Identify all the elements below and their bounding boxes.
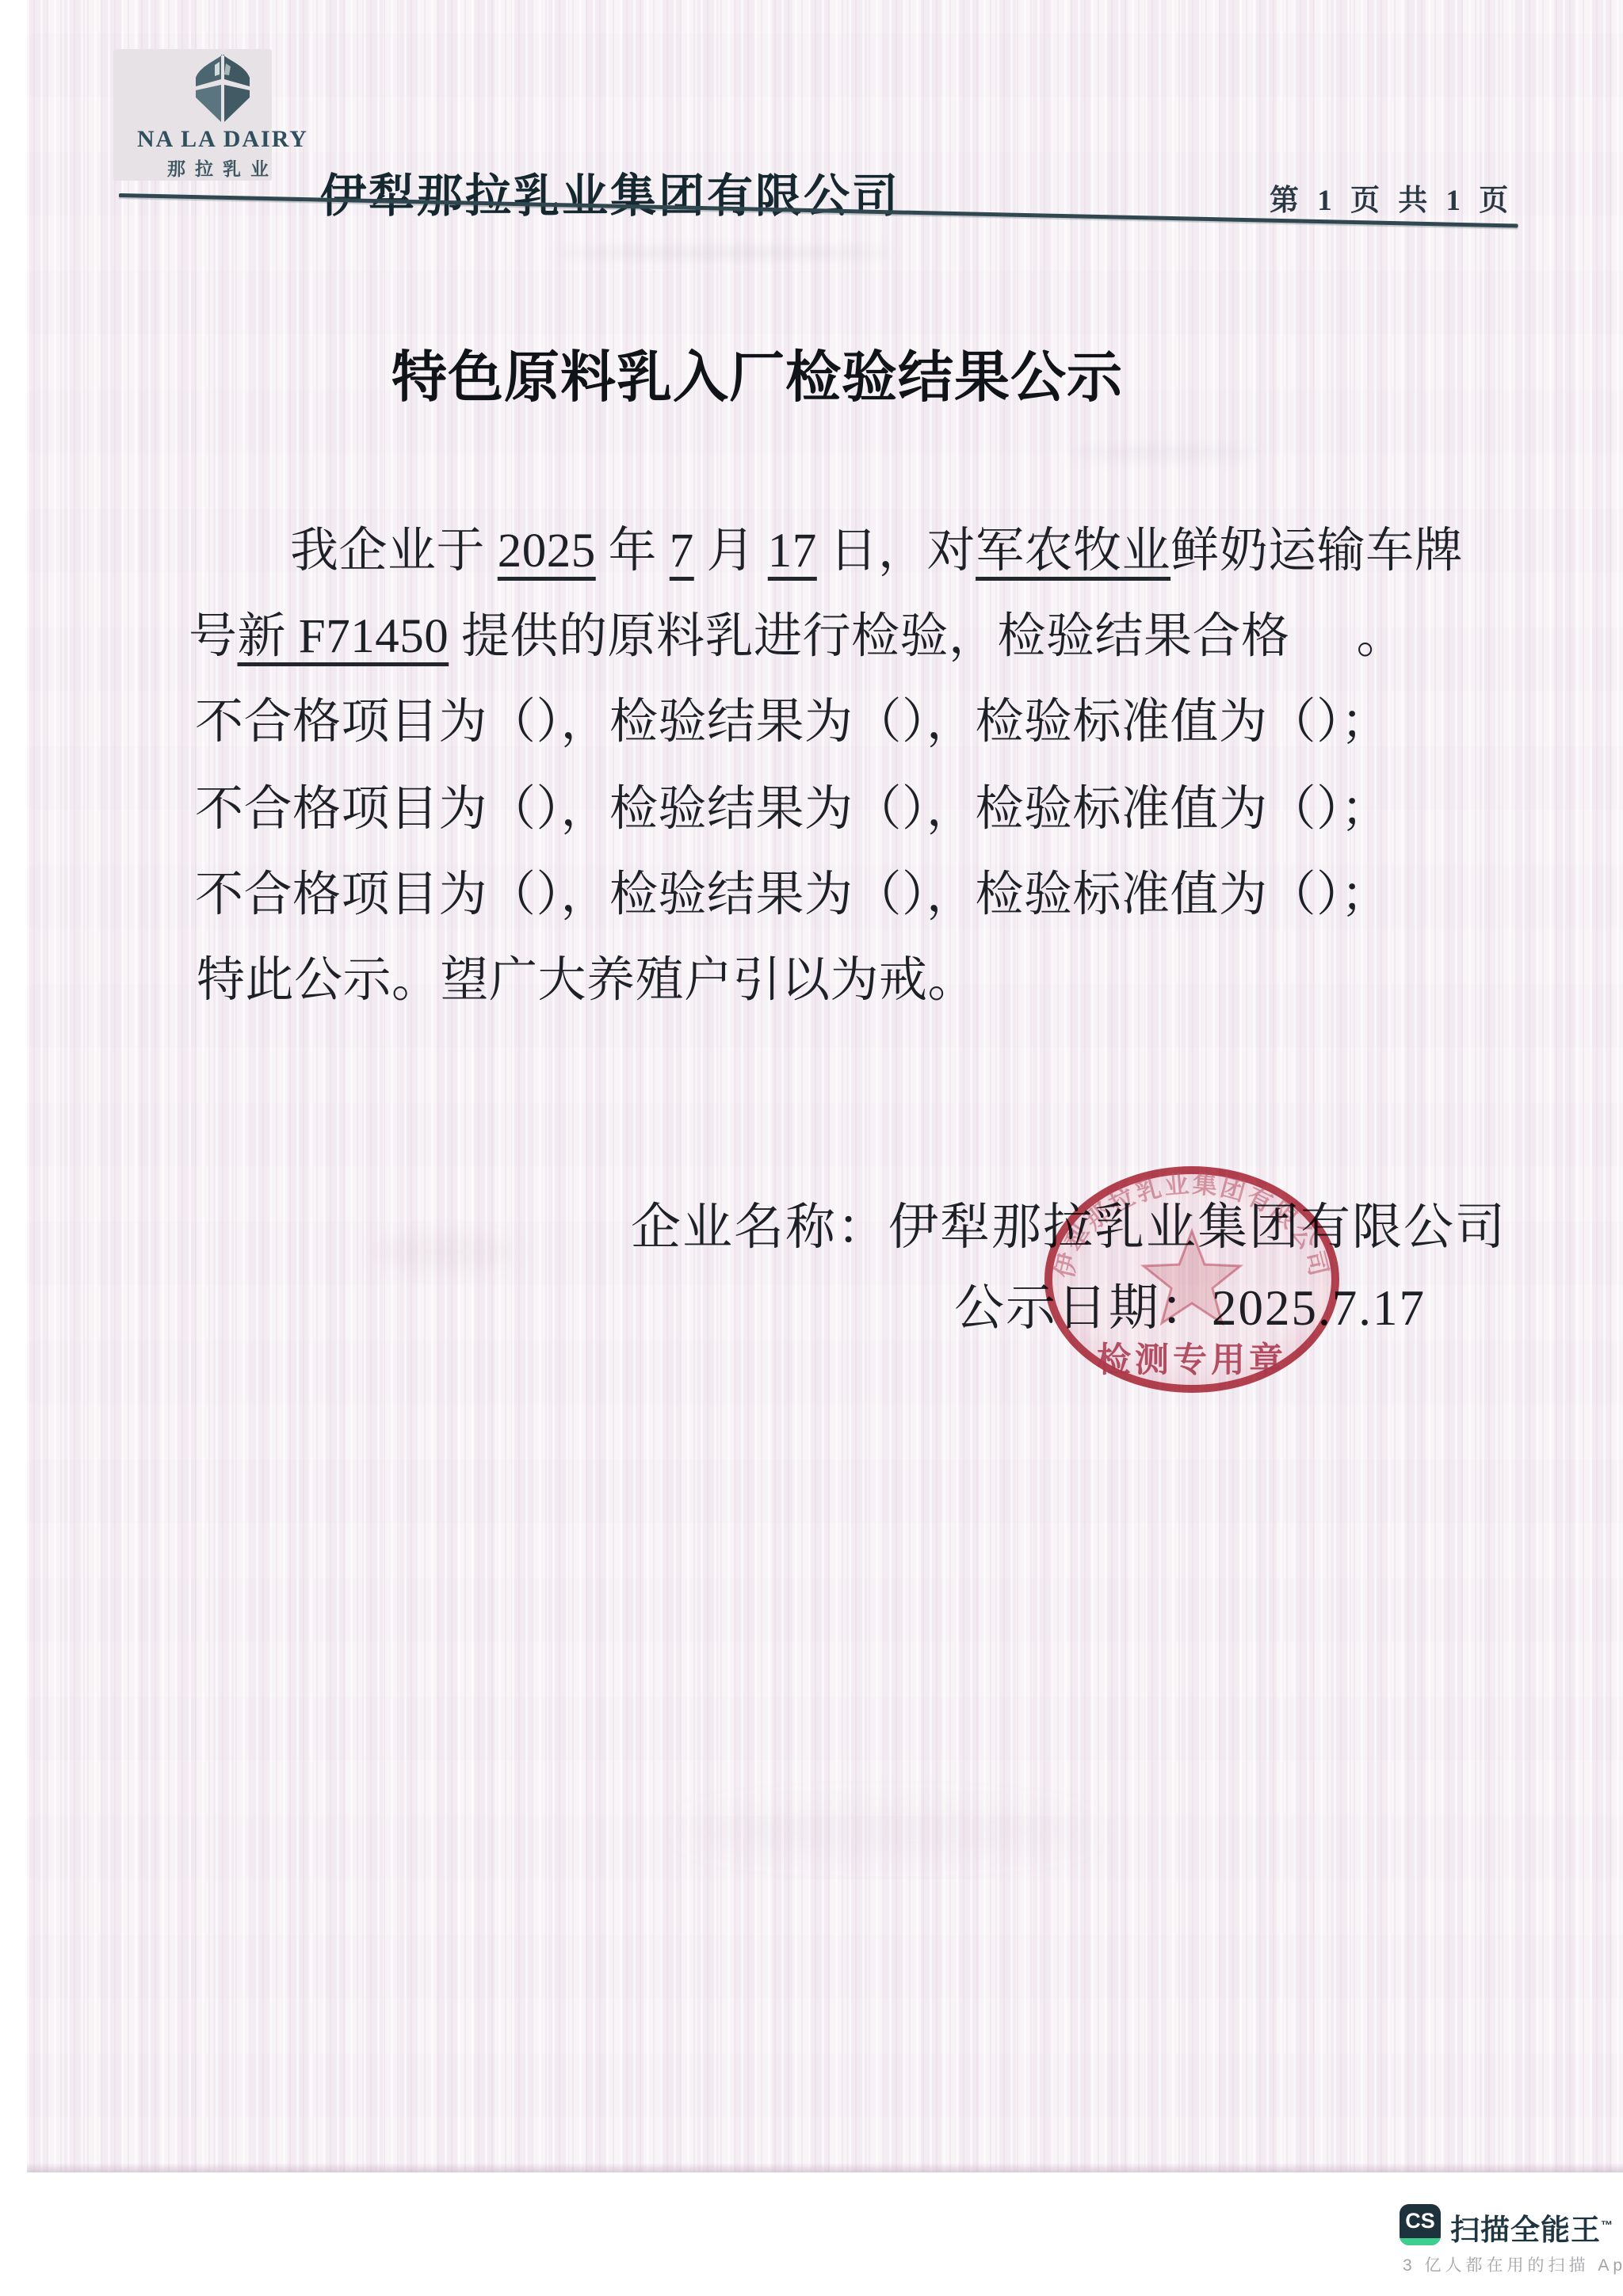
text-segment: 号 — [189, 610, 238, 663]
text-segment: 鲜奶运输车牌 — [1170, 524, 1463, 578]
text-segment: 日，对 — [817, 524, 976, 578]
camscanner-app-name: 扫描全能王™ — [1450, 2206, 1613, 2248]
inspection-stamp: 伊犁那拉乳业集团有限公司 检测专用章 — [1044, 1166, 1339, 1393]
header-company-name: 伊犁那拉乳业集团有限公司 — [320, 158, 900, 225]
closing-line: 特此公示。望广大养殖户引以为戒。 — [197, 941, 976, 1010]
text-segment: 年 — [596, 524, 670, 578]
logo-brand-en: NA LA DAIRY — [119, 126, 327, 153]
logo-brand-cn: 那拉乳业 — [119, 154, 327, 181]
defect-line-1: 不合格项目为（），检验结果为（），检验标准值为（）； — [195, 683, 1390, 752]
camscanner-app-name-text: 扫描全能王 — [1450, 2214, 1601, 2246]
supplier-underlined: 军农牧业 — [976, 524, 1170, 578]
document-title: 特色原料乳入厂检验结果公示 — [391, 333, 1123, 413]
camscanner-icon-green-bar — [1400, 2238, 1441, 2245]
defect-line-3: 不合格项目为（），检验结果为（），检验标准值为（）； — [195, 856, 1390, 925]
camscanner-tagline: 3 亿人都在用的扫描 App — [1403, 2252, 1623, 2276]
dairy-gem-icon — [183, 54, 262, 124]
month-underlined: 7 — [670, 524, 694, 578]
camscanner-icon: CS — [1400, 2204, 1441, 2245]
year-underlined: 2025 — [498, 524, 596, 578]
defect-line-2: 不合格项目为（），检验结果为（），检验标准值为（）； — [195, 770, 1390, 839]
header-page-number: 第 1 页 共 1 页 — [1270, 176, 1514, 219]
text-segment: 我企业于 — [290, 524, 498, 578]
text-segment: 提供的原料乳进行检验，检验结果合格 — [449, 610, 1289, 663]
stamp-star-icon — [1144, 1231, 1240, 1323]
stamp-caption: 检测专用章 — [1044, 1333, 1339, 1382]
trademark-symbol: ™ — [1601, 2219, 1613, 2233]
plate-underlined: 新 F71450 — [238, 610, 449, 663]
scanned-paper — [27, 0, 1623, 2172]
body-line-1: 我企业于 2025 年 7 月 17 日，对军农牧业鲜奶运输车牌 — [290, 512, 1463, 581]
company-logo: NA LA DAIRY 那拉乳业 — [119, 54, 327, 181]
day-underlined: 17 — [768, 524, 817, 578]
camscanner-icon-text: CS — [1400, 2204, 1441, 2238]
text-segment: 月 — [694, 524, 768, 578]
scanned-document-page: NA LA DAIRY 那拉乳业 伊犁那拉乳业集团有限公司 第 1 页 共 1 … — [0, 0, 1623, 2296]
body-line-2: 号新 F71450 提供的原料乳进行检验，检验结果合格。 — [189, 597, 1405, 666]
trailing-period: 。 — [1356, 610, 1405, 663]
